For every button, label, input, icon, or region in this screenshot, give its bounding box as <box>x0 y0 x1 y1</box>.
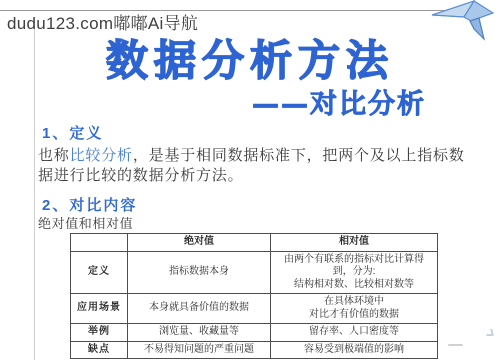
cell-scenario-relative: 在具体环境中 对比才有价值的数据 <box>271 294 438 324</box>
section2-heading: 2、对比内容 <box>42 194 137 215</box>
table-header-absolute: 绝对值 <box>128 234 271 252</box>
row-label-scenario: 应用场景 <box>71 294 128 324</box>
table-row: 缺点 不易得知问题的严重问题 容易受到极端值的影响 <box>71 341 438 359</box>
row-label-definition: 定义 <box>71 251 128 294</box>
table-header-row: 绝对值 相对值 <box>71 234 438 252</box>
cell-drawback-absolute: 不易得知问题的严重问题 <box>128 341 271 359</box>
row-label-example: 举例 <box>71 324 128 342</box>
page-title: 数据分析方法 <box>40 28 460 88</box>
page-subtitle: ——对比分析 <box>40 82 426 121</box>
table-row: 定义 指标数据本身 由两个有联系的指标对比计算得 到，分为: 结构相对数、比较相… <box>71 251 438 294</box>
section1-body: 也称比较分析，是基于相同数据标准下，把两个及以上指标数据进行比较的数据分析方法。 <box>38 146 470 186</box>
cell-scenario-absolute: 本身就具备价值的数据 <box>128 294 271 324</box>
smudge-mark <box>485 329 493 336</box>
cell-definition-absolute: 指标数据本身 <box>128 251 271 294</box>
row-label-drawback: 缺点 <box>71 341 128 359</box>
section1-heading: 1、定义 <box>42 122 103 143</box>
comparison-table: 绝对值 相对值 定义 指标数据本身 由两个有联系的指标对比计算得 到，分为: 结… <box>70 233 438 359</box>
cell-drawback-relative: 容易受到极端值的影响 <box>271 341 438 359</box>
section1-body-prefix: 也称 <box>38 147 70 164</box>
cell-example-absolute: 浏览量、收藏量等 <box>128 324 271 342</box>
section1-term-highlight: 比较分析 <box>70 147 133 164</box>
table-row: 应用场景 本身就具备价值的数据 在具体环境中 对比才有价值的数据 <box>71 294 438 324</box>
left-border-line <box>34 20 35 360</box>
table-header-relative: 相对值 <box>271 234 438 252</box>
smudge-mark <box>448 344 463 346</box>
table-row: 举例 浏览量、收藏量等 留存率、人口密度等 <box>71 324 438 342</box>
section2-body: 绝对值和相对值 <box>38 213 133 232</box>
table-header-empty <box>71 234 128 252</box>
cell-example-relative: 留存率、人口密度等 <box>271 324 438 342</box>
slide-page: dudu123.com嘟嘟Ai导航 数据分析方法 ——对比分析 1、定义 也称比… <box>0 0 500 360</box>
cell-definition-relative: 由两个有联系的指标对比计算得 到，分为: 结构相对数、比较相对数等 <box>271 251 438 294</box>
